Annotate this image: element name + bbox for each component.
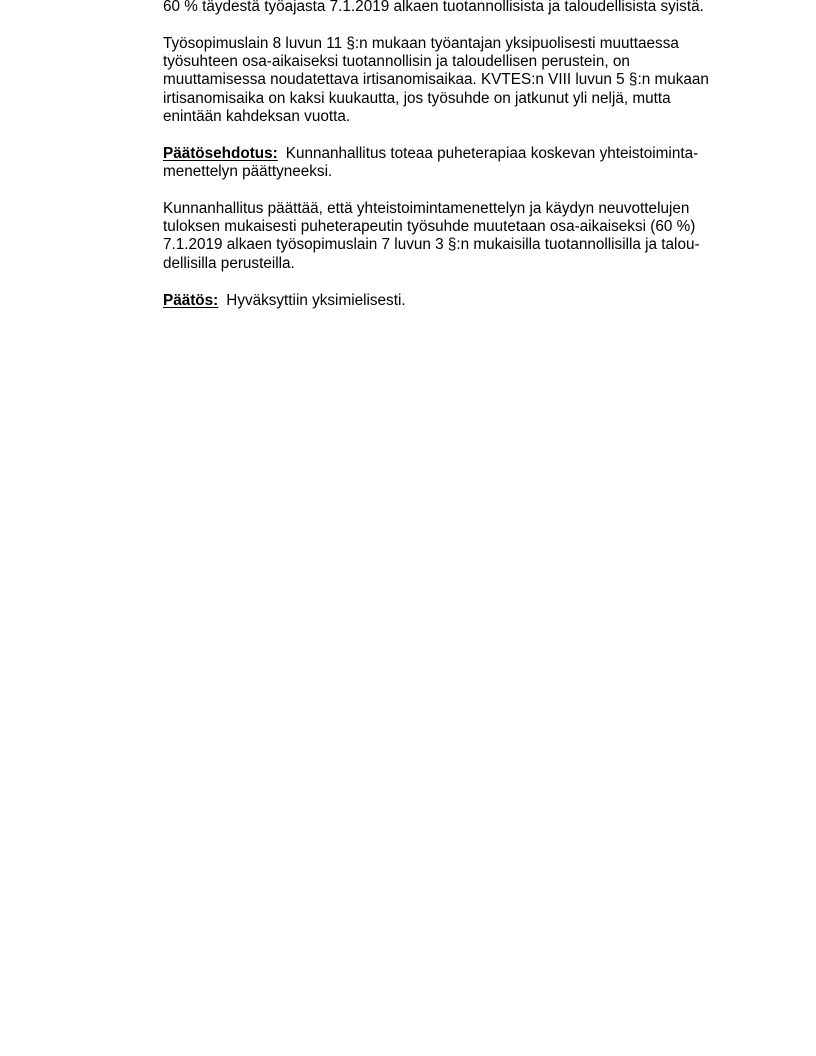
paragraph-spacer: [163, 181, 753, 200]
paragraph-board-decision: Kunnanhallitus päättää, että yhteistoimi…: [163, 200, 753, 273]
paragraph-working-time: 60 % täydestä työajasta 7.1.2019 alkaen …: [163, 0, 753, 16]
paragraph-decision: Päätös:Hyväksyttiin yksimielisesti.: [163, 292, 753, 310]
paragraph-spacer: [163, 16, 753, 35]
document-body: 60 % täydestä työajasta 7.1.2019 alkaen …: [163, 0, 753, 310]
decision-text: Hyväksyttiin yksimielisesti.: [226, 292, 405, 309]
paragraph-notice-period: Työsopimuslain 8 luvun 11 §:n mukaan työ…: [163, 35, 753, 126]
proposal-label: Päätösehdotus:: [163, 145, 278, 162]
paragraph-proposal: Päätösehdotus:Kunnanhallitus toteaa puhe…: [163, 145, 753, 182]
paragraph-spacer: [163, 273, 753, 292]
paragraph-spacer: [163, 126, 753, 145]
decision-label: Päätös:: [163, 292, 218, 309]
